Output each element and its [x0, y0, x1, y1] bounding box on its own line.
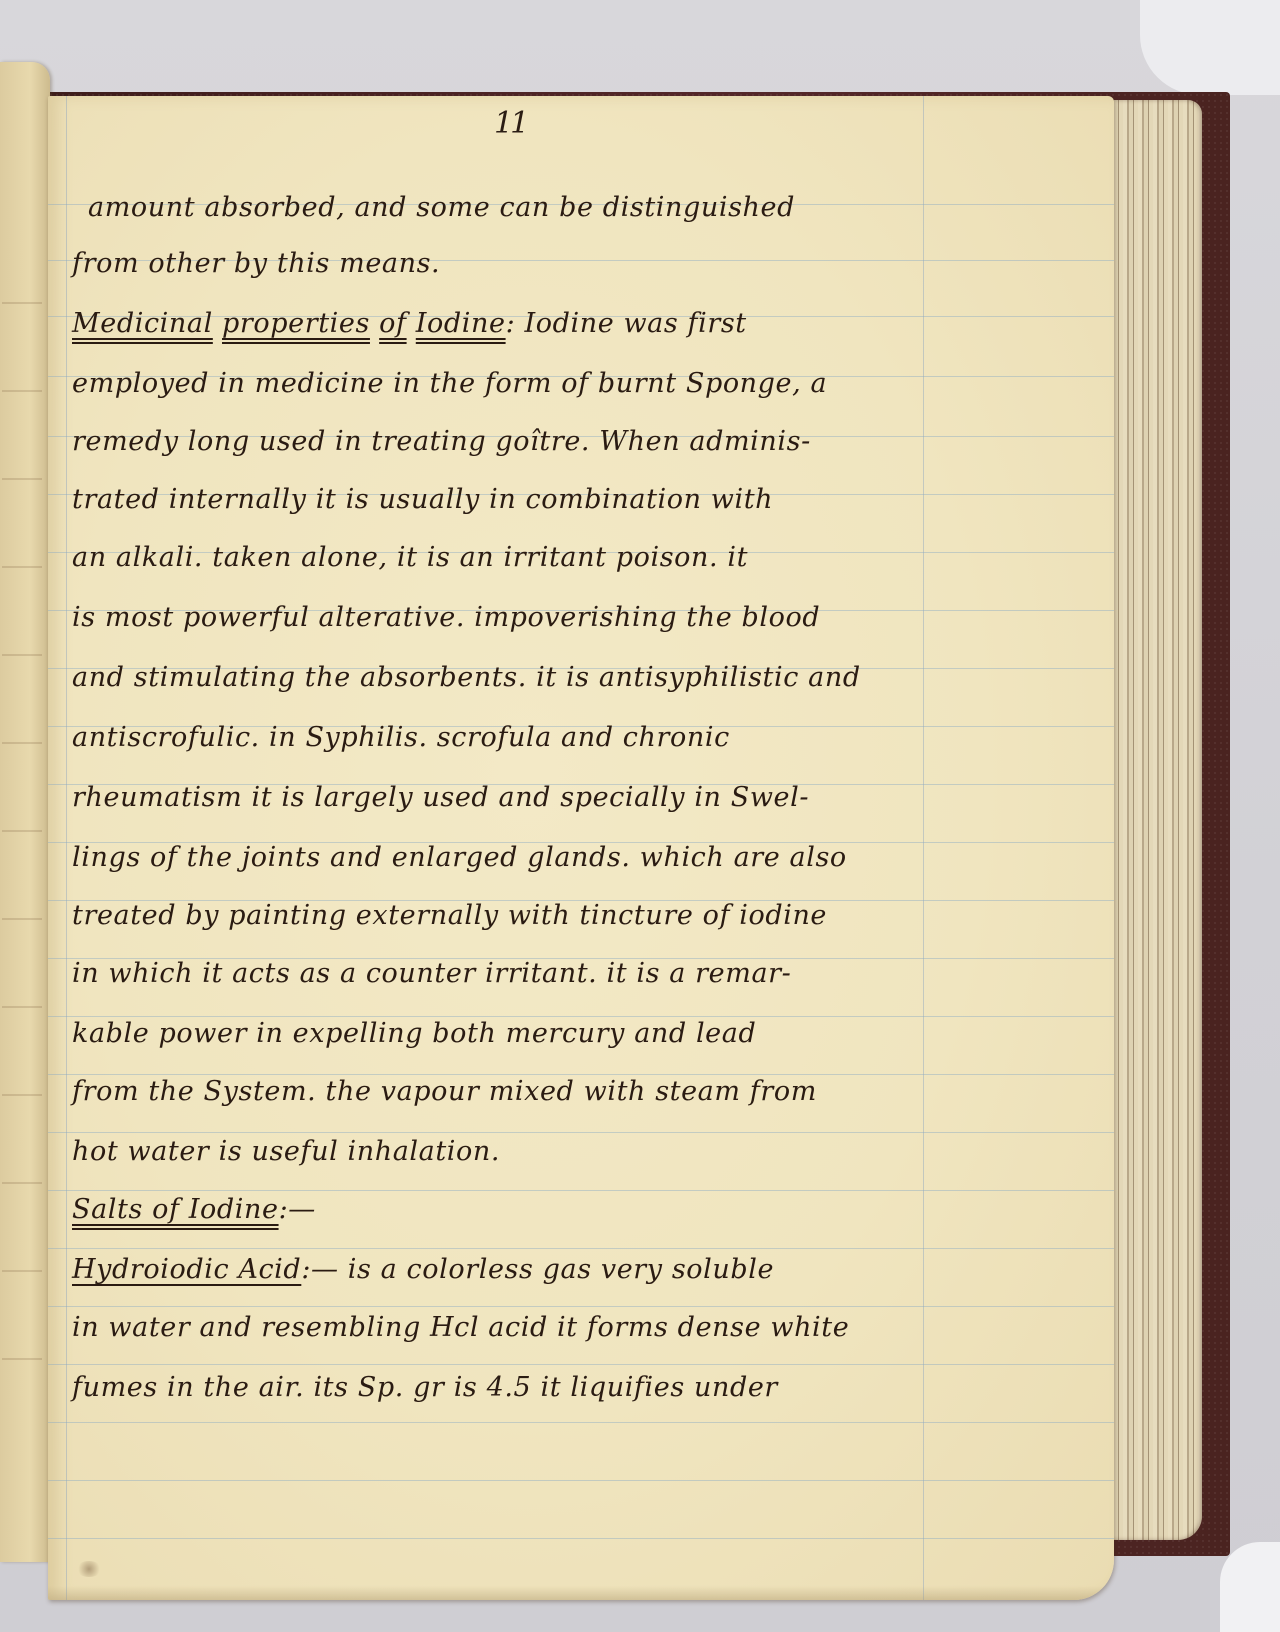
ruled-line: [48, 1016, 1114, 1017]
text-line: and stimulating the absorbents. it is an…: [72, 662, 861, 693]
text-line: rheumatism it is largely used and specia…: [72, 782, 809, 813]
text-line: antiscrofulic. in Syphilis. scrofula and…: [72, 722, 730, 753]
text-line: in water and resembling Hcl acid it form…: [72, 1312, 849, 1343]
heading-hydroiodic-acid: Hydroiodic Acid: [72, 1254, 301, 1285]
line-text: :—: [279, 1194, 316, 1225]
ruled-line: [48, 1132, 1114, 1133]
page-edges-stack: [1108, 100, 1202, 1540]
ruled-line: [48, 1248, 1114, 1249]
ruled-line: [48, 1538, 1114, 1539]
backdrop-highlight: [1140, 0, 1280, 95]
text-line: lings of the joints and enlarged glands.…: [72, 842, 847, 873]
manuscript-page: 11 amount absorbed, and some can be dist…: [48, 96, 1114, 1600]
margin-rule-right: [923, 96, 924, 1600]
ruled-line: [48, 1480, 1114, 1481]
line-text: :— is a colorless gas very soluble: [301, 1254, 774, 1285]
text-line: in which it acts as a counter irritant. …: [72, 958, 791, 989]
ink-smudge: [76, 1561, 102, 1577]
text-line-subheading: Hydroiodic Acid:— is a colorless gas ver…: [72, 1254, 774, 1285]
line-text: : Iodine was first: [506, 308, 747, 339]
heading-iodine: Iodine: [416, 308, 506, 339]
text-line-heading: Salts of Iodine:—: [72, 1194, 316, 1225]
text-line: employed in medicine in the form of burn…: [72, 368, 827, 399]
text-line: kable power in expelling both mercury an…: [72, 1018, 756, 1049]
left-page-faint-writing: [2, 242, 42, 1442]
ruled-line: [48, 1364, 1114, 1365]
ruled-line: [48, 1306, 1114, 1307]
heading-salts-of-iodine: Salts of Iodine: [72, 1194, 279, 1225]
left-facing-page: [0, 62, 50, 1562]
text-line: is most powerful alterative. impoverishi…: [72, 602, 820, 633]
text-line: from the System. the vapour mixed with s…: [72, 1076, 817, 1107]
text-line-heading: Medicinal properties of Iodine: Iodine w…: [72, 308, 747, 339]
text-line: remedy long used in treating goître. Whe…: [72, 426, 811, 457]
ruled-line: [48, 1190, 1114, 1191]
text-line: hot water is useful inhalation.: [72, 1136, 500, 1167]
text-line: trated internally it is usually in combi…: [72, 484, 773, 515]
ruled-line: [48, 1422, 1114, 1423]
margin-rule-left: [66, 96, 67, 1600]
text-line: amount absorbed, and some can be disting…: [88, 192, 795, 223]
text-line: fumes in the air. its Sp. gr is 4.5 it l…: [72, 1372, 778, 1403]
ruled-line: [48, 1074, 1114, 1075]
heading-properties: properties: [222, 308, 370, 339]
text-line: an alkali. taken alone, it is an irritan…: [72, 542, 748, 573]
text-line: treated by painting externally with tinc…: [72, 900, 827, 931]
heading-medicinal: Medicinal: [72, 308, 213, 339]
backdrop-highlight-bottom: [1220, 1542, 1280, 1632]
heading-of: of: [379, 308, 406, 339]
text-line: from other by this means.: [72, 248, 440, 279]
page-number: 11: [494, 106, 526, 141]
